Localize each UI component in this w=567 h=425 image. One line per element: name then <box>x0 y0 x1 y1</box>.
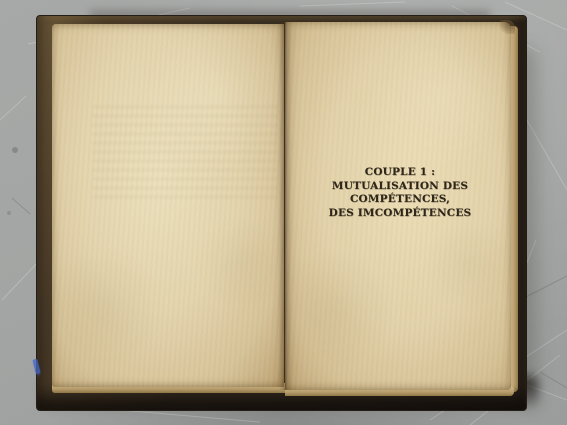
left-page-paper-texture <box>52 24 284 387</box>
worn-corner-top-right <box>499 20 515 34</box>
chapter-heading-line-2: MUTUALISATION DES COMPÉTENCES, <box>290 180 510 207</box>
chapter-heading-line-1: COUPLE 1 : <box>290 166 510 180</box>
left-page-text-showthrough <box>92 106 278 198</box>
chapter-heading: COUPLE 1 : MUTUALISATION DES COMPÉTENCES… <box>290 166 510 220</box>
photo-scene: COUPLE 1 : MUTUALISATION DES COMPÉTENCES… <box>0 0 567 425</box>
chapter-heading-line-3: DES IMCOMPÉTENCES <box>290 207 510 221</box>
left-page <box>52 24 284 387</box>
